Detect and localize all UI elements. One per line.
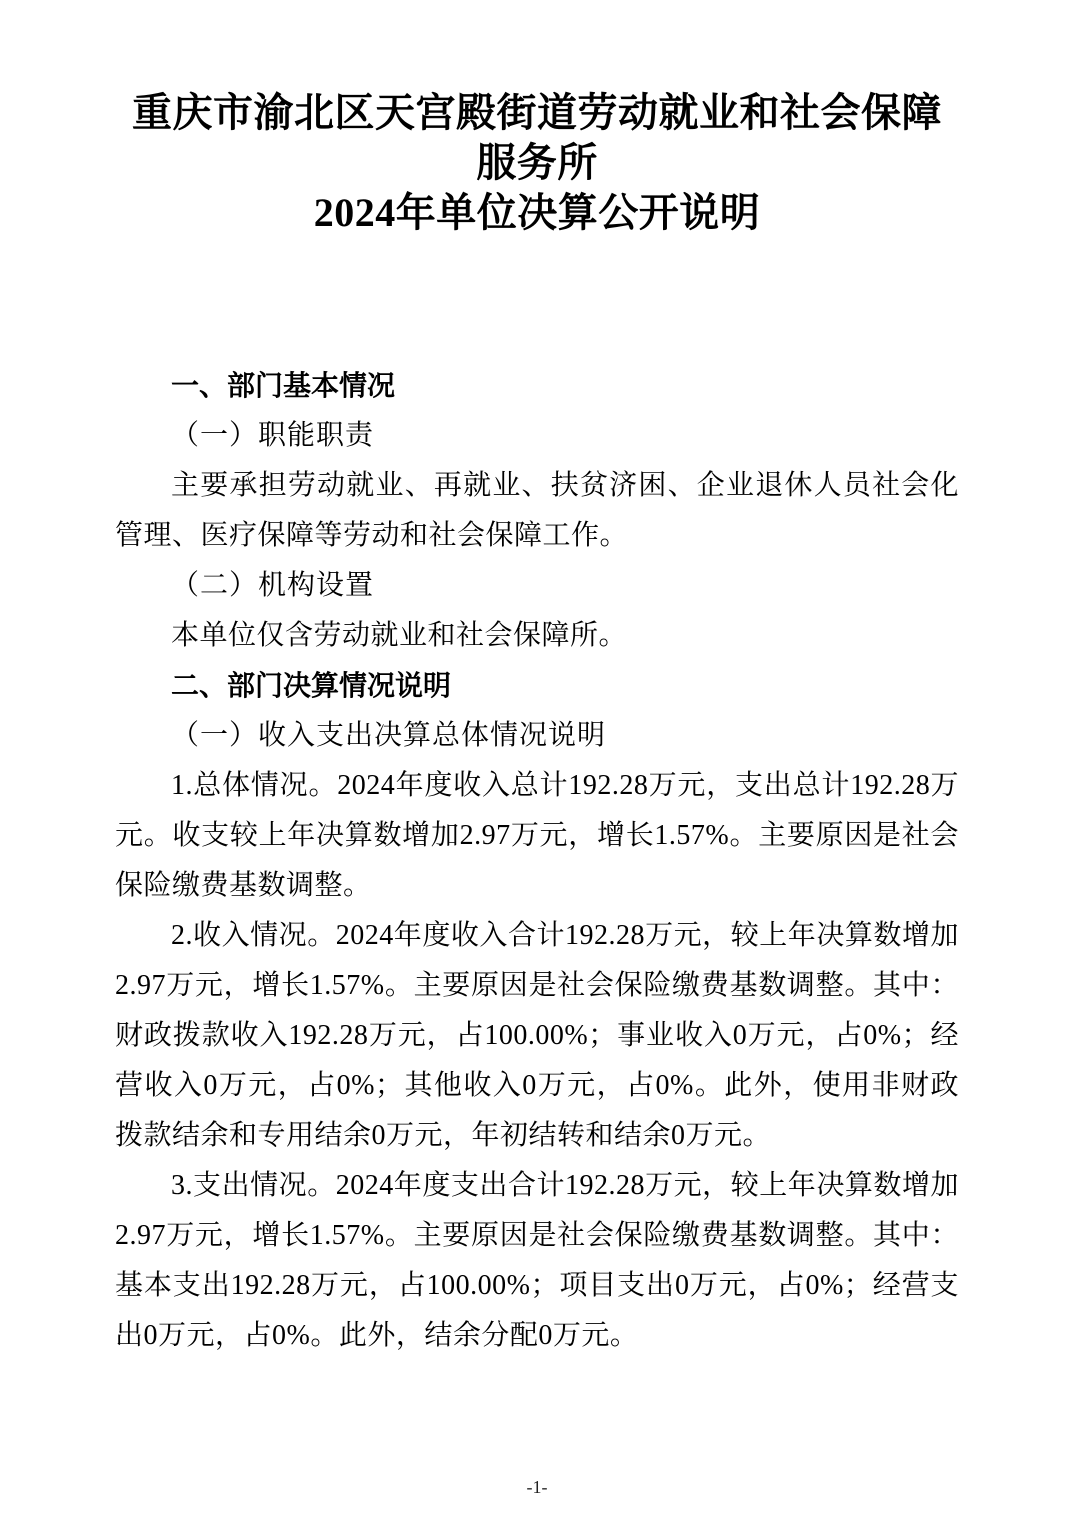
document-page: 重庆市渝北区天宫殿街道劳动就业和社会保障服务所 2024年单位决算公开说明 一、… [0,0,1074,1520]
paragraph-expenditure-situation: 3.支出情况。2024年度支出合计192.28万元，较上年决算数增加2.97万元… [115,1161,959,1361]
paragraph-duties: 主要承担劳动就业、再就业、扶贫济困、企业退休人员社会化管理、医疗保障等劳动和社会… [115,461,959,561]
section-heading-final-accounts: 二、部门决算情况说明 [115,661,959,711]
page-number: -1- [0,1477,1074,1498]
paragraph-overall-situation: 1.总体情况。2024年度收入总计192.28万元，支出总计192.28万元。收… [115,761,959,911]
subsection-heading-overall: （一）收入支出决算总体情况说明 [115,711,959,761]
document-subtitle: 2024年单位决算公开说明 [115,188,959,238]
document-title: 重庆市渝北区天宫殿街道劳动就业和社会保障服务所 [115,88,959,188]
section-heading-basic-info: 一、部门基本情况 [115,361,959,411]
subsection-heading-organization: （二）机构设置 [115,561,959,611]
subsection-heading-duties: （一）职能职责 [115,411,959,461]
document-body: 一、部门基本情况 （一）职能职责 主要承担劳动就业、再就业、扶贫济困、企业退休人… [115,361,959,1361]
paragraph-income-situation: 2.收入情况。2024年度收入合计192.28万元，较上年决算数增加2.97万元… [115,911,959,1161]
document-title-block: 重庆市渝北区天宫殿街道劳动就业和社会保障服务所 2024年单位决算公开说明 [115,88,959,238]
paragraph-organization: 本单位仅含劳动就业和社会保障所。 [115,611,959,661]
